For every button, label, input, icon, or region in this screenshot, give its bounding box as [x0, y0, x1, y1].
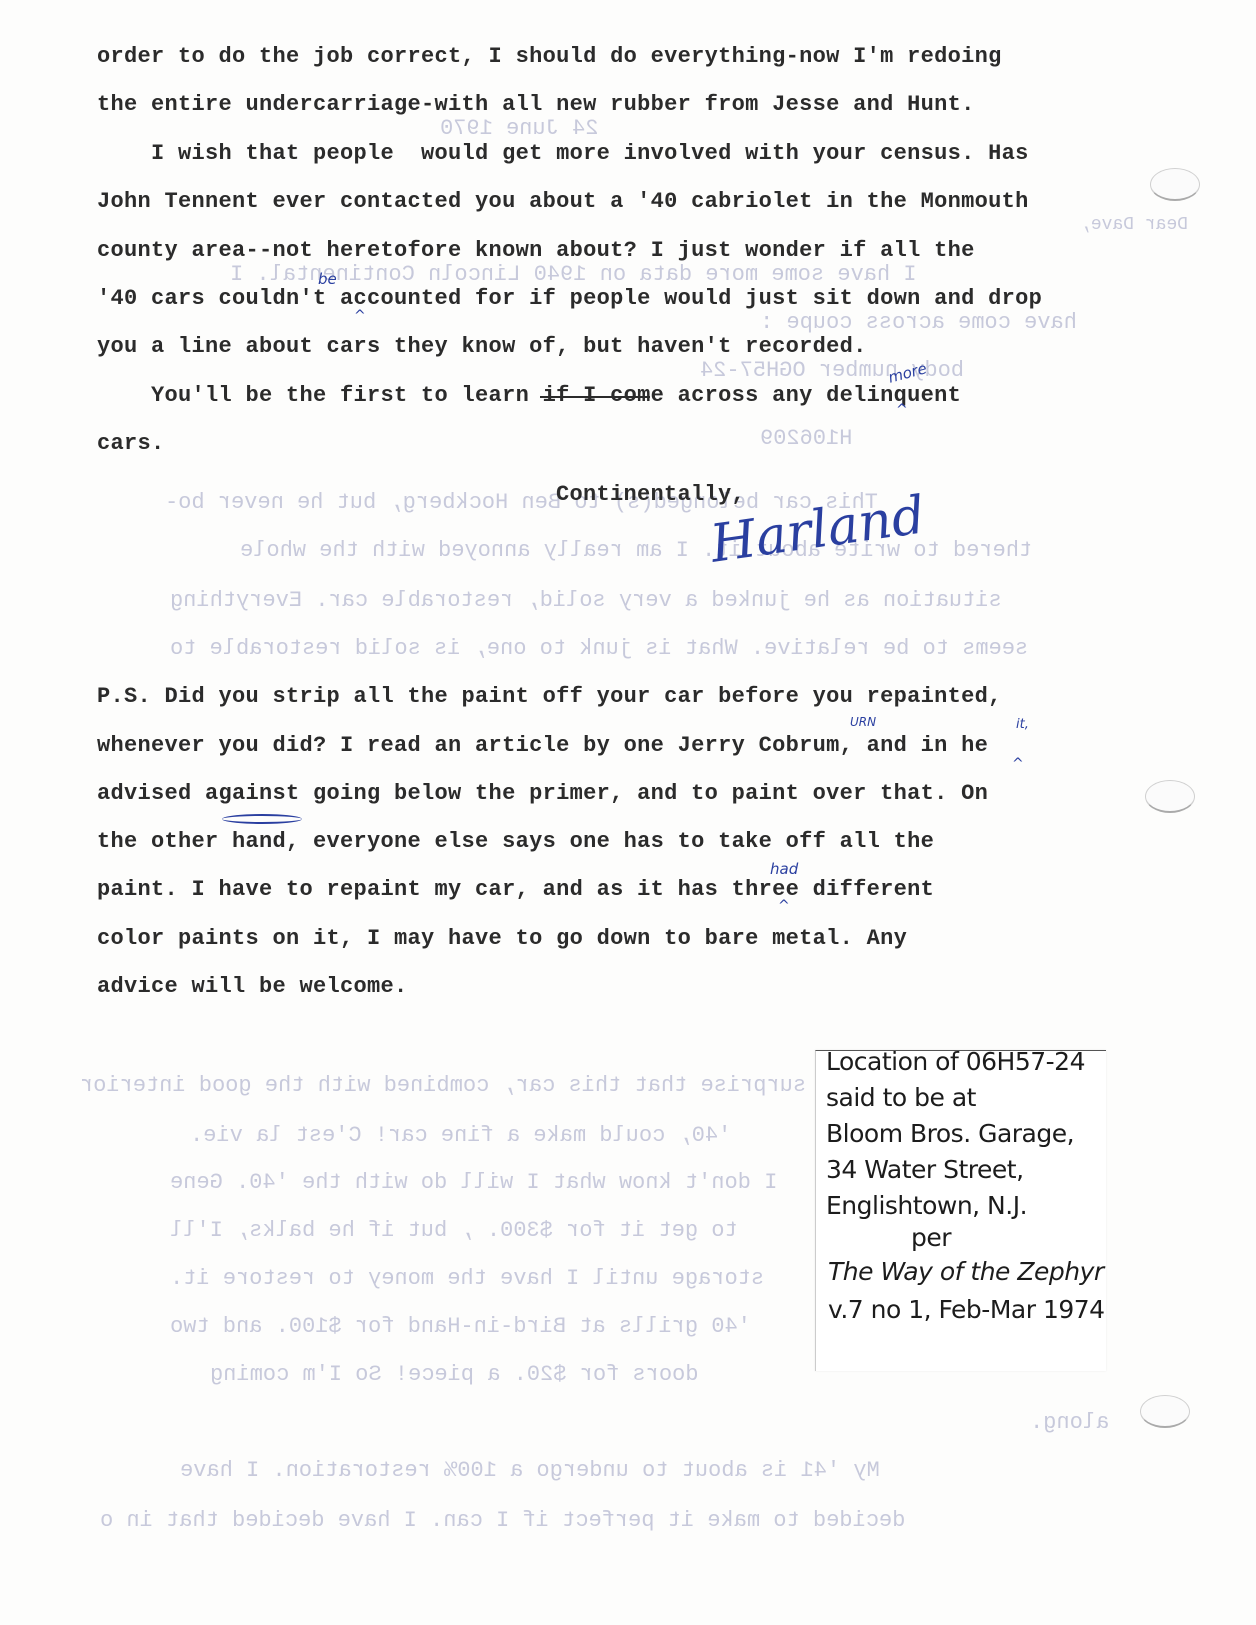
note-line: The Way of the Zephyr	[828, 1257, 1104, 1286]
handwritten-insert-urn: URN	[850, 716, 876, 728]
body-line: order to do the job correct, I should do…	[97, 46, 1002, 68]
ps-line: P.S. Did you strip all the paint off you…	[97, 686, 1002, 708]
note-line: said to be at	[826, 1083, 976, 1112]
note-line: v.7 no 1, Feb-Mar 1974	[828, 1295, 1105, 1324]
handwritten-note-card: Location of 06H57-24 said to be atBloom …	[815, 1050, 1106, 1371]
bleed-line: Dear Dave,	[1080, 216, 1188, 234]
scanned-letter-page: 24 June 1970 Dear Dave, I have some more…	[0, 0, 1256, 1625]
bleed-line: surprise that this car, combined with th…	[80, 1075, 806, 1097]
bleed-line: doors for $20. a piece! So I'm coming	[210, 1364, 698, 1386]
handwritten-insert-be: be	[318, 272, 337, 287]
handwritten-insert-had: had	[770, 862, 798, 877]
bleed-line: have come across coupe :	[760, 312, 1077, 334]
bleed-line: I don't know what I will do with the '40…	[170, 1172, 777, 1194]
body-line: You'll be the first to learn if I come a…	[97, 385, 961, 407]
bleed-line: '40, could make a fine car! C'est la vie…	[190, 1125, 731, 1147]
ps-line: advised against going below the primer, …	[97, 783, 988, 805]
bleed-line: situation as he junked a very solid, res…	[170, 590, 1002, 612]
caret-mark: ^	[778, 898, 790, 914]
handwritten-underline	[222, 814, 302, 824]
ps-line: the other hand, everyone else says one h…	[97, 831, 934, 853]
caret-mark: ^	[896, 402, 908, 418]
punch-hole	[1150, 168, 1200, 201]
caret-mark: ^	[1012, 756, 1024, 772]
caret-mark: ^	[354, 308, 366, 324]
punch-hole	[1145, 780, 1195, 813]
ps-line: advice will be welcome.	[97, 976, 408, 998]
bleed-line: seems to be relative. What is junk to on…	[170, 638, 1028, 660]
punch-hole	[1140, 1395, 1190, 1428]
bleed-line: storage until I have the money to restor…	[170, 1268, 764, 1290]
note-line: Bloom Bros. Garage,	[826, 1119, 1074, 1148]
body-line: '40 cars couldn't accounted for if peopl…	[97, 288, 1042, 310]
ps-line: paint. I have to repaint my car, and as …	[97, 879, 934, 901]
bleed-line: along.	[1030, 1412, 1109, 1434]
ps-line: color paints on it, I may have to go dow…	[97, 928, 907, 950]
body-line: John Tennent ever contacted you about a …	[97, 191, 1029, 213]
note-line: 34 Water Street,	[826, 1155, 1024, 1184]
bleed-line: decided to make it perfect if I can. I h…	[100, 1510, 905, 1532]
note-line: Englishtown, N.J.	[826, 1191, 1027, 1220]
strikethrough	[540, 396, 650, 398]
bleed-line: My '41 is about to undergo a 100% restor…	[180, 1460, 880, 1482]
handwritten-insert-it: it,	[1016, 718, 1029, 731]
bleed-line: H106209	[760, 428, 852, 450]
closing: Continentally,	[556, 484, 745, 506]
body-line: you a line about cars they know of, but …	[97, 336, 867, 358]
body-line: I wish that people would get more involv…	[97, 143, 1029, 165]
bleed-line: 24 June 1970	[440, 118, 598, 140]
body-line: the entire undercarriage-with all new ru…	[97, 94, 975, 116]
bleed-line: '40 grills at Bird-in-Hand for $100. and…	[170, 1316, 751, 1338]
body-line: cars.	[97, 433, 165, 455]
body-line: county area--not heretofore known about?…	[97, 240, 975, 262]
note-line: per	[911, 1223, 951, 1252]
bleed-line: to get it for $300. , but if he balks, I…	[170, 1220, 738, 1242]
note-line: Location of 06H57-24	[826, 1047, 1085, 1076]
ps-line: whenever you did? I read an article by o…	[97, 735, 988, 757]
